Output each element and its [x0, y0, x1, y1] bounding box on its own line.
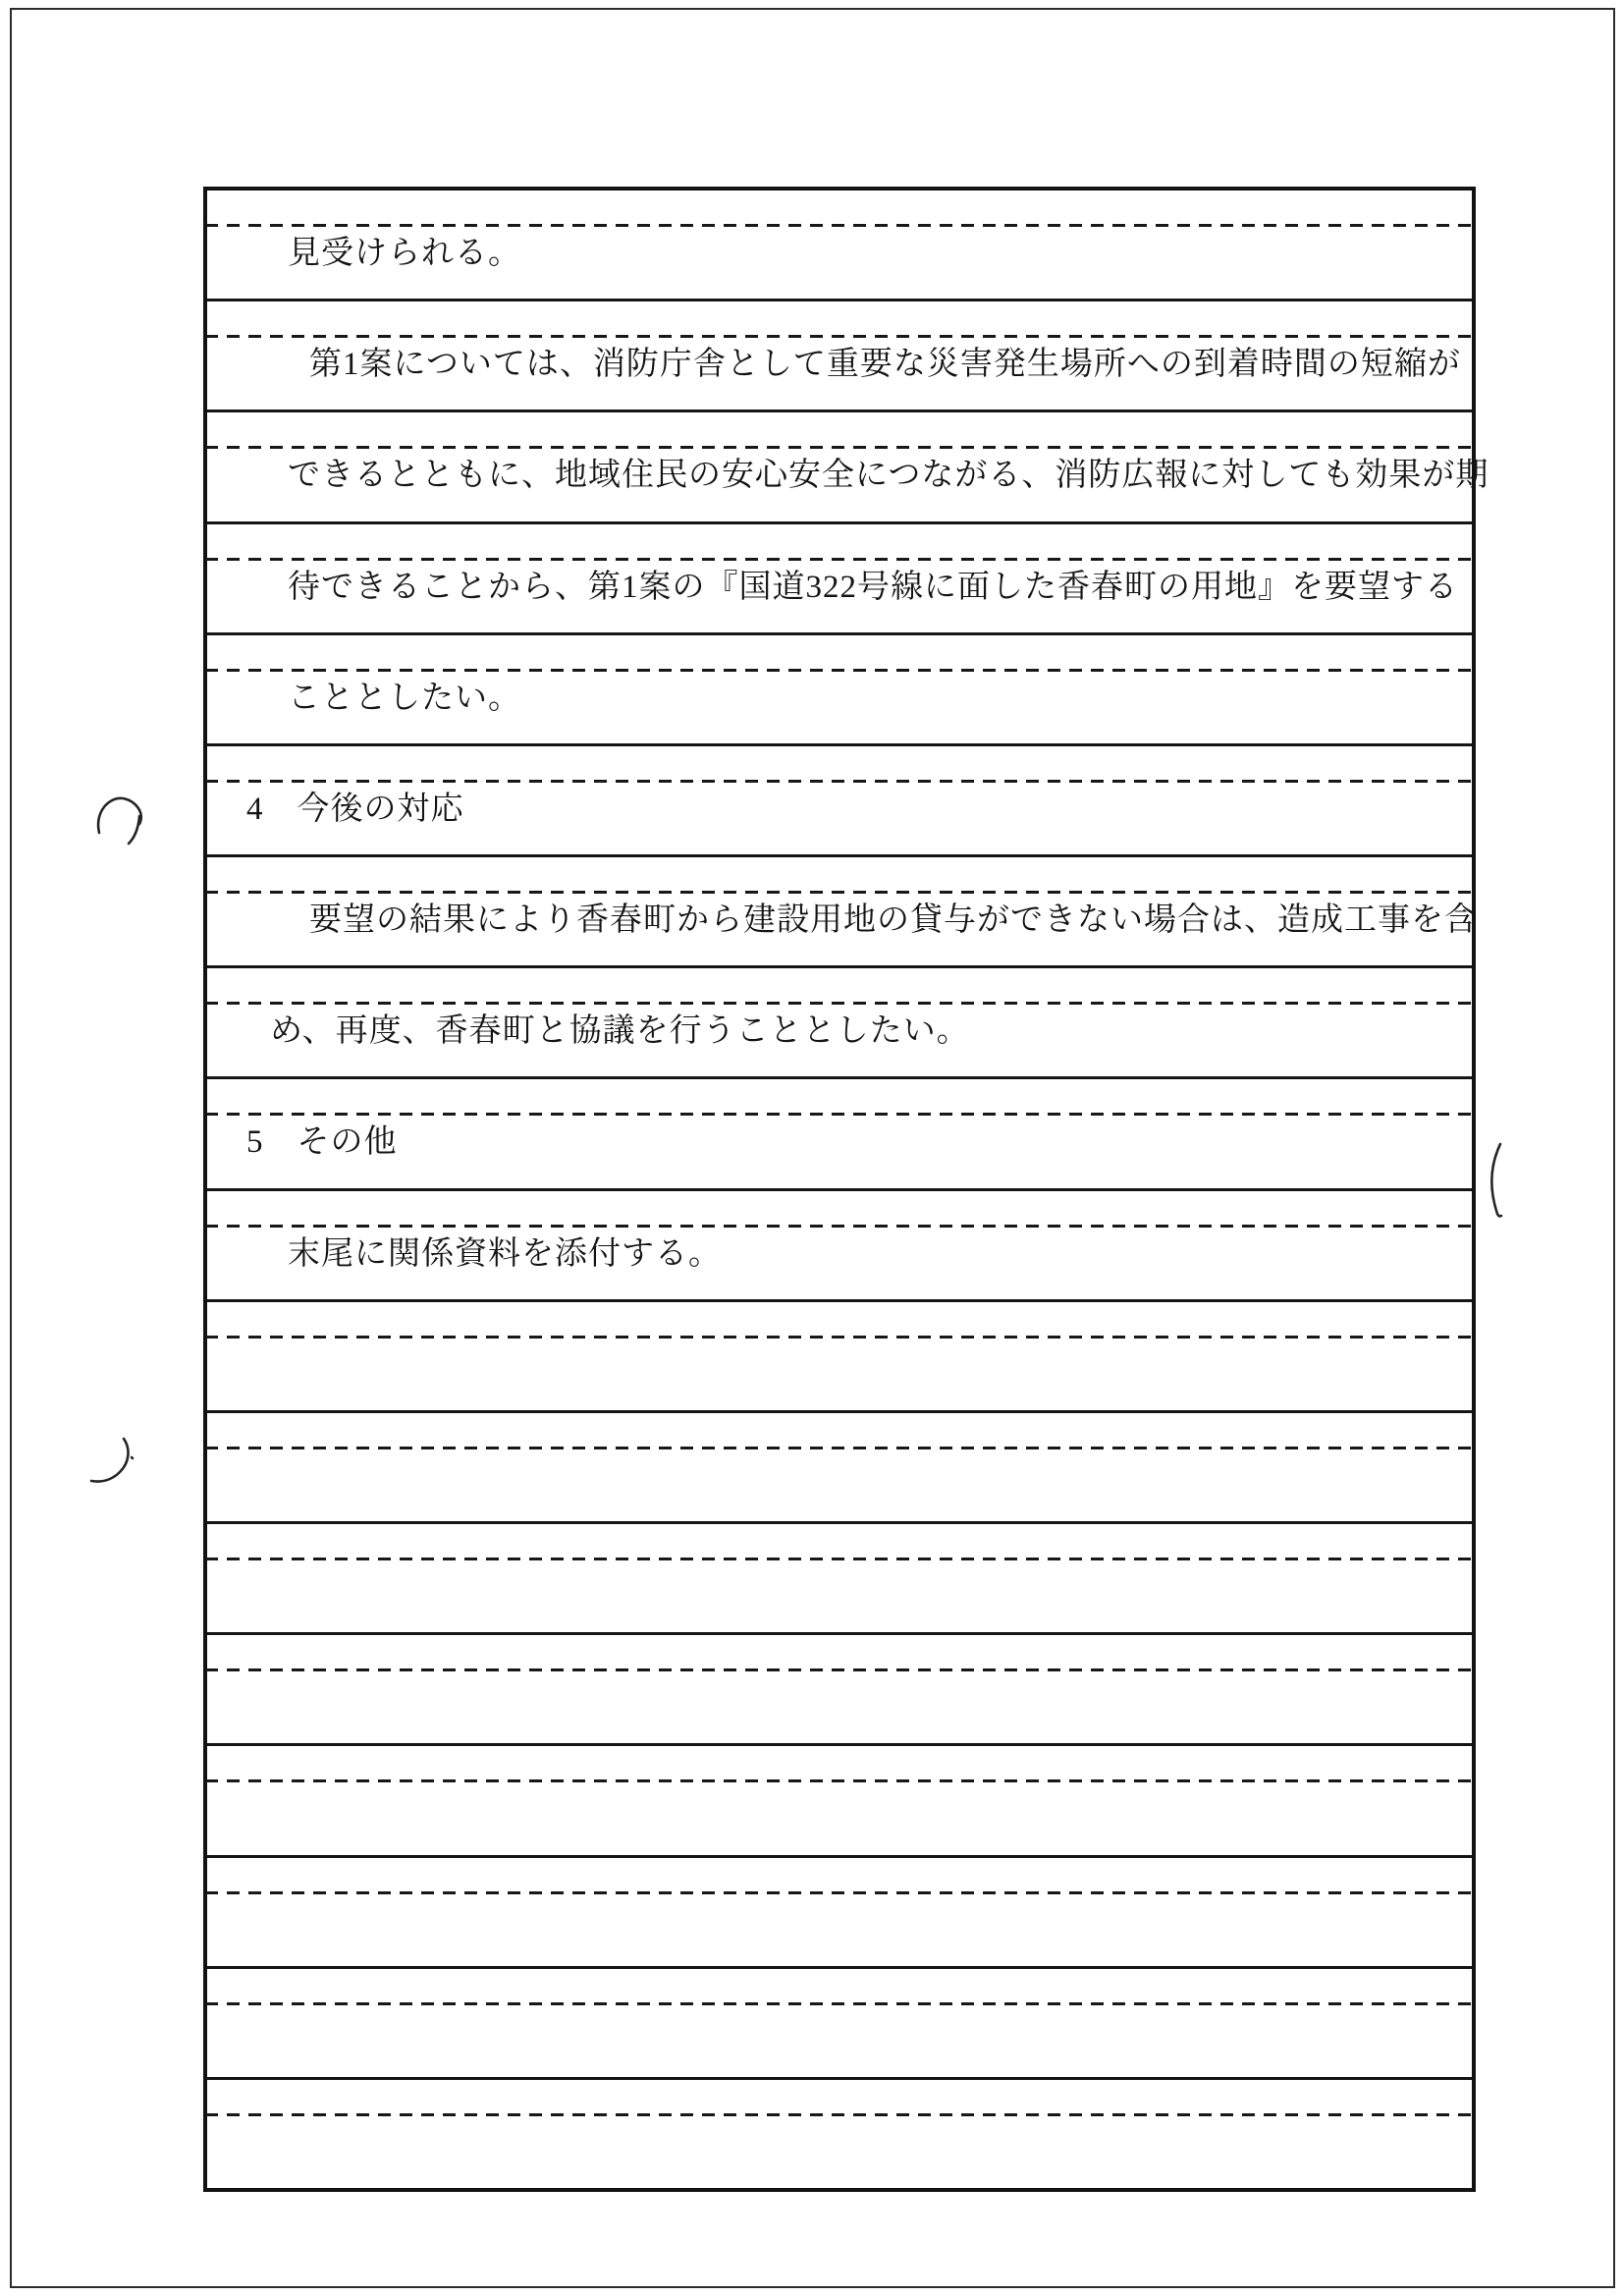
document-line: 要望の結果により香春町から建設用地の貸与ができない場合は、造成工事を含 — [309, 902, 1478, 938]
document-line: こととしたい。 — [288, 681, 521, 716]
dashed-guide-line — [205, 1668, 1474, 1671]
ruled-row: 末尾に関係資料を添付する。 — [207, 1188, 1472, 1299]
scanned-document-page: 見受けられる。第1案については、消防庁舎として重要な災害発生場所への到着時間の短… — [0, 0, 1624, 2296]
dashed-guide-line — [205, 1447, 1474, 1449]
dashed-guide-line — [205, 1336, 1474, 1339]
handwritten-circle-mark — [90, 792, 151, 852]
ruled-row — [207, 1299, 1472, 1410]
ruled-row — [207, 1521, 1472, 1632]
document-line: め、再度、香春町と協議を行うこととしたい。 — [270, 1013, 970, 1049]
handwritten-paren-mark — [1483, 1141, 1514, 1222]
document-line: 5 その他 — [246, 1124, 398, 1160]
dashed-guide-line — [205, 780, 1474, 783]
document-line: 4 今後の対応 — [246, 792, 464, 827]
dashed-guide-line — [205, 1113, 1474, 1116]
ruled-row — [207, 1743, 1472, 1854]
ruled-row: 4 今後の対応 — [207, 743, 1472, 854]
document-line: 見受けられる。 — [288, 236, 521, 271]
ruled-text-grid: 見受けられる。第1案については、消防庁舎として重要な災害発生場所への到着時間の短… — [203, 187, 1476, 2192]
dashed-guide-line — [205, 446, 1474, 449]
ruled-row — [207, 2077, 1472, 2188]
document-line: 待できることから、第1案の『国道322号線に面した香春町の用地』を要望する — [288, 570, 1458, 605]
ruled-row: め、再度、香春町と協議を行うこととしたい。 — [207, 965, 1472, 1076]
document-line: 第1案については、消防庁舎として重要な災害発生場所への到着時間の短縮が — [309, 347, 1461, 382]
dashed-guide-line — [205, 1558, 1474, 1560]
ruled-row — [207, 1410, 1472, 1521]
document-line: 末尾に関係資料を添付する。 — [288, 1236, 722, 1272]
dashed-guide-line — [205, 891, 1474, 894]
ruled-row: 待できることから、第1案の『国道322号線に面した香春町の用地』を要望する — [207, 521, 1472, 632]
ruled-row: 要望の結果により香春町から建設用地の貸与ができない場合は、造成工事を含 — [207, 854, 1472, 965]
ruled-row — [207, 1632, 1472, 1743]
handwritten-hook-mark — [86, 1432, 139, 1493]
dashed-guide-line — [205, 2002, 1474, 2005]
dashed-guide-line — [205, 1779, 1474, 1782]
ruled-row: 5 その他 — [207, 1076, 1472, 1187]
dashed-guide-line — [205, 558, 1474, 561]
ruled-row: 見受けられる。 — [207, 191, 1472, 299]
dashed-guide-line — [205, 669, 1474, 672]
ruled-row: 第1案については、消防庁舎として重要な災害発生場所への到着時間の短縮が — [207, 299, 1472, 410]
dashed-guide-line — [205, 1002, 1474, 1005]
dashed-guide-line — [205, 1225, 1474, 1228]
dashed-guide-line — [205, 2113, 1474, 2116]
ruled-row: できるとともに、地域住民の安心安全につながる、消防広報に対しても効果が期 — [207, 410, 1472, 520]
ruled-row — [207, 1966, 1472, 2077]
ruled-row — [207, 1855, 1472, 1966]
dashed-guide-line — [205, 224, 1474, 227]
dashed-guide-line — [205, 335, 1474, 338]
document-line: できるとともに、地域住民の安心安全につながる、消防広報に対しても効果が期 — [288, 458, 1489, 493]
dashed-guide-line — [205, 1891, 1474, 1894]
ruled-row: こととしたい。 — [207, 632, 1472, 743]
